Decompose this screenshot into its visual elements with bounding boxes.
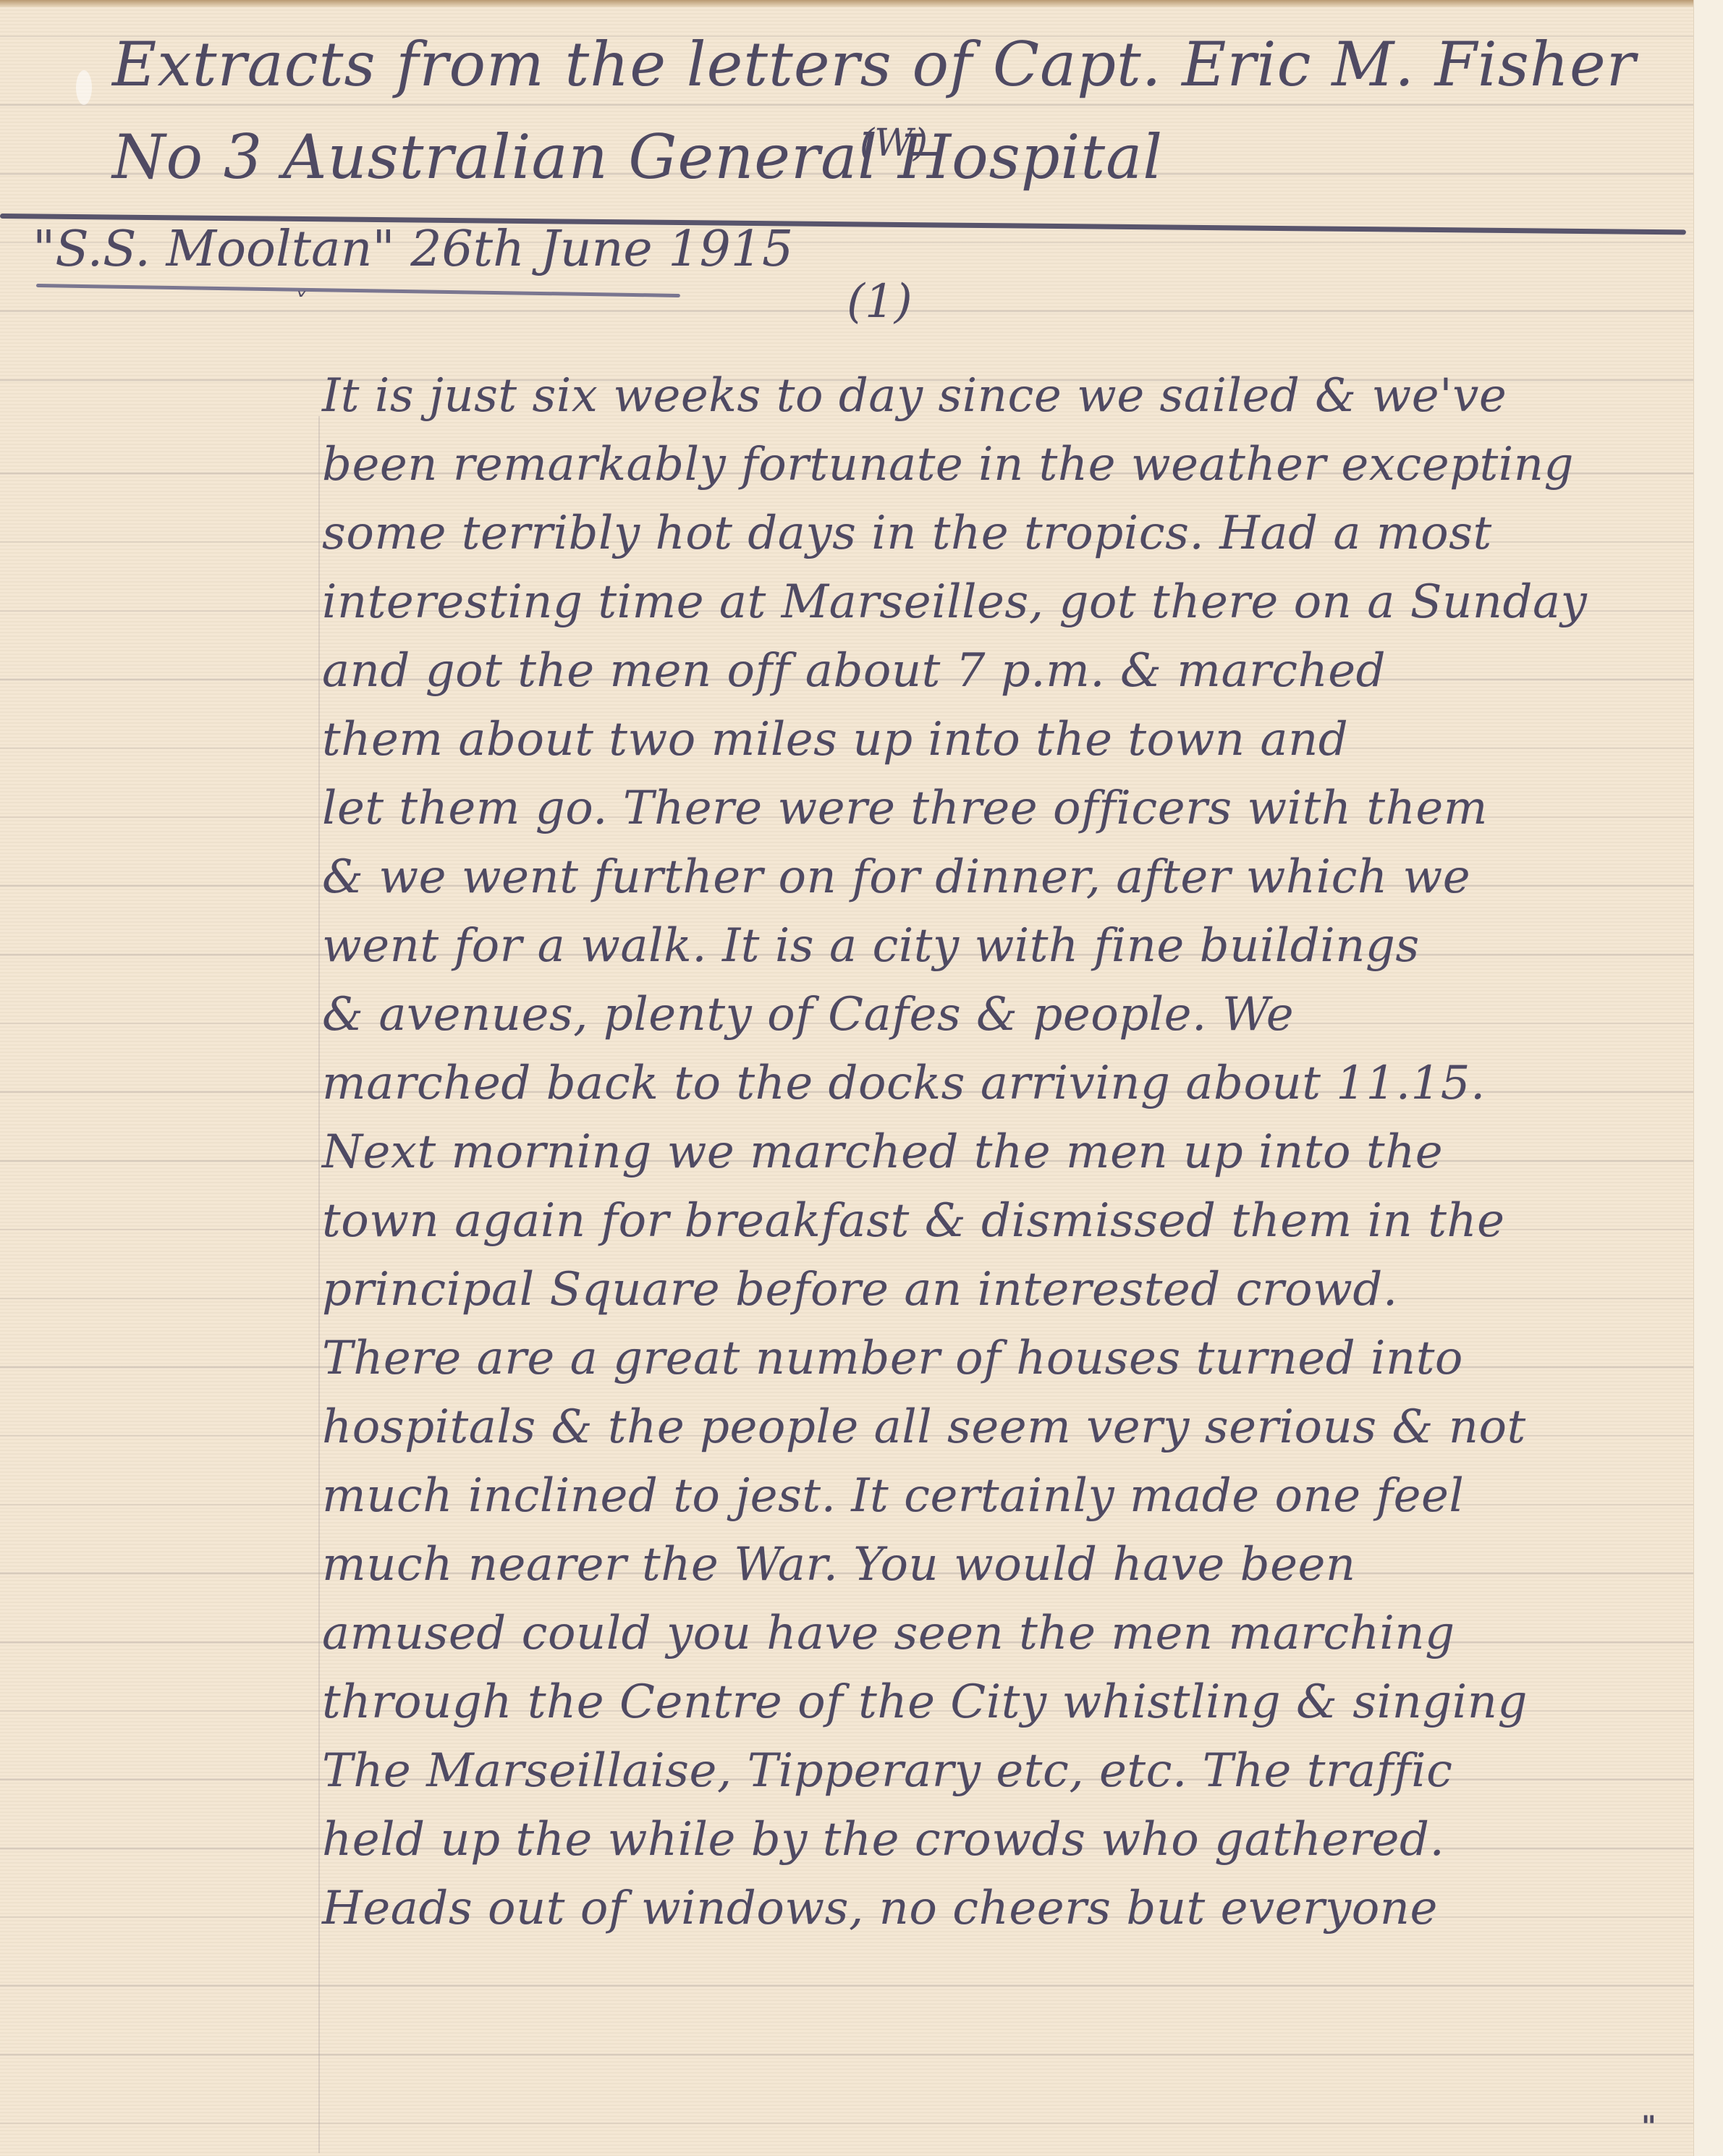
heading-insertion: (W) (860, 122, 928, 165)
continuation-mark: " (1641, 2110, 1656, 2144)
paper-indent-mark (76, 70, 92, 105)
body-line: hospitals & the people all seem very ser… (322, 1393, 1697, 1462)
body-line: & avenues, plenty of Cafes & people. We (322, 981, 1697, 1049)
body-line: some terribly hot days in the tropics. H… (322, 499, 1697, 568)
torn-top-edge (0, 0, 1723, 7)
body-line: marched back to the docks arriving about… (322, 1049, 1697, 1118)
body-line: been remarkably fortunate in the weather… (322, 431, 1697, 499)
heading-line-2: No 3 Australian General Hospital (112, 122, 1163, 193)
body-line: much nearer the War. You would have been (322, 1531, 1697, 1599)
tick-mark: ˅ (295, 288, 308, 317)
body-line: went for a walk. It is a city with fine … (322, 912, 1697, 981)
dateline-underline (36, 284, 680, 297)
body-line: principal Square before an interested cr… (322, 1256, 1697, 1324)
body-line: & we went further on for dinner, after w… (322, 843, 1697, 912)
body-line: It is just six weeks to day since we sai… (322, 362, 1697, 431)
body-line: Heads out of windows, no cheers but ever… (322, 1874, 1697, 1943)
body-line: and got the men off about 7 p.m. & march… (322, 637, 1697, 706)
heading-line-1: Extracts from the letters of Capt. Eric … (112, 29, 1636, 100)
letter-page: Extracts from the letters of Capt. Eric … (0, 0, 1693, 2156)
body-line: through the Centre of the City whistling… (322, 1668, 1697, 1737)
body-line: Next morning we marched the men up into … (322, 1118, 1697, 1187)
body-line: There are a great number of houses turne… (322, 1324, 1697, 1393)
dateline: "S.S. Mooltan" 26th June 1915 (33, 221, 793, 278)
page-number: (1) (847, 275, 913, 329)
body-line: let them go. There were three officers w… (322, 774, 1697, 843)
left-margin-rule (318, 416, 320, 2153)
body-line: The Marseillaise, Tipperary etc, etc. Th… (322, 1737, 1697, 1806)
body-line: held up the while by the crowds who gath… (322, 1806, 1697, 1874)
body-line: interesting time at Marseilles, got ther… (322, 568, 1697, 637)
body-line: them about two miles up into the town an… (322, 706, 1697, 774)
body-line: much inclined to jest. It certainly made… (322, 1462, 1697, 1531)
scan-background-edge (1693, 0, 1723, 2156)
body-line: amused could you have seen the men march… (322, 1599, 1697, 1668)
body-line: town again for breakfast & dismissed the… (322, 1187, 1697, 1256)
letter-body: It is just six weeks to day since we sai… (322, 362, 1697, 1943)
